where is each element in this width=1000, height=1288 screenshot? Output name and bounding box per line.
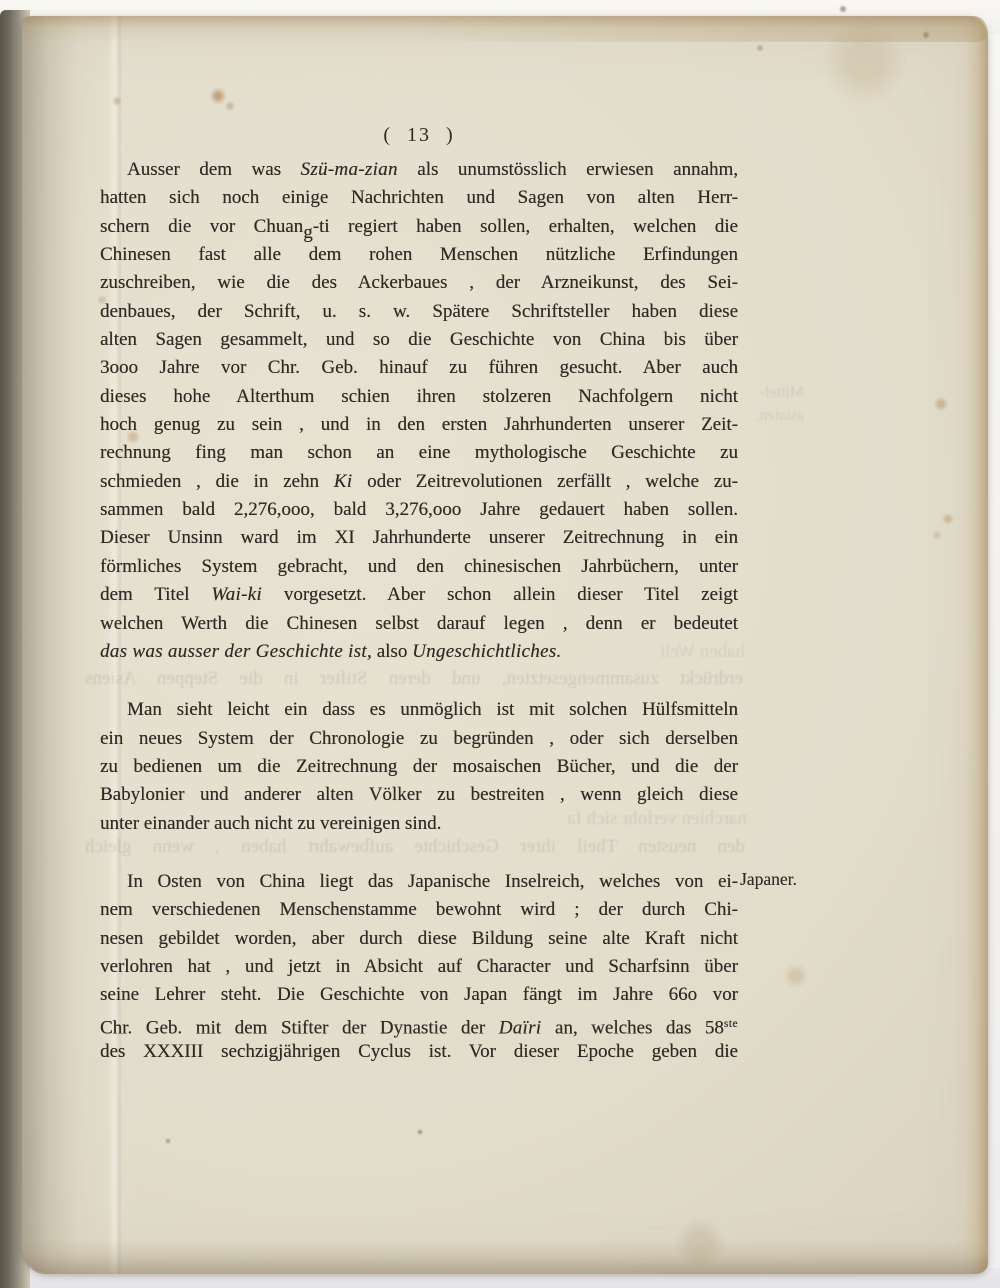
- text-line: Babylonier und anderer alten Völker zu b…: [100, 781, 738, 809]
- page-bottom-shadow: [22, 1240, 988, 1274]
- paragraph: Man sieht leicht ein dass es unmöglich i…: [100, 696, 738, 838]
- text-segment: unter einander auch nicht zu vereinigen …: [100, 813, 441, 834]
- text-segment: Ausser dem was: [127, 159, 301, 180]
- text-segment: des XXXIII sechzigjährigen Cyclus ist. V…: [100, 1041, 738, 1062]
- text-line: nem verschiedenen Menschenstamme bewohnt…: [100, 896, 738, 924]
- book-scan-scene: ( 13 ) Ausser dem was Szü-ma-zian als un…: [0, 0, 1000, 1288]
- text-segment: als unumstösslich erwiesen annahm,: [398, 159, 738, 180]
- text-line: Dieser Unsinn ward im XI Jahrhunderte un…: [100, 524, 738, 552]
- text-segment: nesen gebildet worden, aber durch diese …: [100, 928, 738, 949]
- text-line: nesen gebildet worden, aber durch diese …: [100, 925, 738, 953]
- text-segment: Chr. Geb. mit dem Stifter der Dynastie d…: [100, 1017, 499, 1038]
- text-line: verlohren hat , und jetzt in Absicht auf…: [100, 953, 738, 981]
- text-segment: Dieser Unsinn ward im XI Jahrhunderte un…: [100, 527, 738, 548]
- text-line: 3ooo Jahre vor Chr. Geb. hinauf zu führe…: [100, 354, 738, 382]
- superscript-text: ste: [724, 1018, 738, 1030]
- paragraph: In Osten von China liegt das Japanische …: [100, 868, 738, 1066]
- text-segment: dieses hohe Alterthum schien ihren stolz…: [100, 386, 738, 407]
- text-segment: ein neues System der Chronologie zu begr…: [100, 728, 738, 749]
- text-line: unter einander auch nicht zu vereinigen …: [100, 810, 738, 838]
- text-line: dem Titel Wai-ki vorgesetzt. Aber schon …: [100, 581, 738, 609]
- italic-text: Daïri: [499, 1017, 542, 1038]
- italic-text: Szü-ma-zian: [301, 159, 398, 180]
- text-segment: hoch genug zu sein , und in den ersten J…: [100, 414, 738, 435]
- text-segment: verlohren hat , und jetzt in Absicht auf…: [100, 956, 738, 977]
- page-top-toning: [22, 16, 988, 42]
- text-line: das was ausser der Geschichte ist, also …: [100, 638, 738, 666]
- italic-text: das was ausser der Geschichte ist,: [100, 641, 372, 662]
- text-line: rechnung fing man schon an eine mytholog…: [100, 439, 738, 467]
- text-segment: an, welches das 58: [541, 1017, 723, 1038]
- italic-text: Ungeschichtliches.: [412, 641, 561, 662]
- text-line: förmliches System gebracht, und den chin…: [100, 553, 738, 581]
- text-line: des XXXIII sechzigjährigen Cyclus ist. V…: [100, 1038, 738, 1066]
- text-line: hatten sich noch einige Nachrichten und …: [100, 184, 738, 212]
- text-line: Man sieht leicht ein dass es unmöglich i…: [100, 696, 738, 724]
- text-segment: alten Sagen gesammelt, und so die Geschi…: [100, 329, 738, 350]
- text-line: alten Sagen gesammelt, und so die Geschi…: [100, 326, 738, 354]
- text-line: schmieden , die in zehn Ki oder Zeitrevo…: [100, 468, 738, 496]
- text-segment: schmieden , die in zehn: [100, 471, 334, 492]
- text-line: seine Lehrer steht. Die Geschichte von J…: [100, 981, 738, 1009]
- dropped-glyph: g: [303, 222, 313, 243]
- text-line: sammen bald 2,276,ooo, bald 3,276,ooo Ja…: [100, 496, 738, 524]
- text-line: welchen Werth die Chinesen selbst darauf…: [100, 610, 738, 638]
- text-line: Ausser dem was Szü-ma-zian als unumstöss…: [100, 156, 738, 184]
- paragraph: Ausser dem was Szü-ma-zian als unumstöss…: [100, 156, 738, 666]
- text-segment: also: [372, 641, 412, 662]
- text-segment: zuschreiben, wie die des Ackerbaues , de…: [100, 272, 738, 293]
- body-text: Ausser dem was Szü-ma-zian als unumstöss…: [100, 156, 738, 1066]
- text-segment: Babylonier und anderer alten Völker zu b…: [100, 784, 738, 805]
- text-segment: rechnung fing man schon an eine mytholog…: [100, 442, 738, 463]
- italic-text: Ki: [334, 471, 353, 492]
- text-segment: -ti regiert haben sollen, erhalten, welc…: [313, 216, 738, 237]
- page-number: ( 13 ): [100, 124, 738, 147]
- page-deckle-edge: [952, 16, 988, 1274]
- text-segment: oder Zeitrevolutionen zerfällt , welche …: [352, 471, 738, 492]
- text-line: Chinesen fast alle dem rohen Menschen nü…: [100, 241, 738, 269]
- text-segment: hatten sich noch einige Nachrichten und …: [100, 187, 738, 208]
- text-line: dieses hohe Alterthum schien ihren stolz…: [100, 383, 738, 411]
- text-line: Chr. Geb. mit dem Stifter der Dynastie d…: [100, 1010, 738, 1038]
- text-segment: 3ooo Jahre vor Chr. Geb. hinauf zu führe…: [100, 357, 738, 378]
- text-line: denbaues, der Schrift, u. s. w. Spätere …: [100, 298, 738, 326]
- text-segment: schern die vor Chuan: [100, 216, 303, 237]
- text-line: zu bedienen um die Zeitrechnung der mosa…: [100, 753, 738, 781]
- text-segment: Man sieht leicht ein dass es unmöglich i…: [127, 699, 738, 720]
- text-segment: zu bedienen um die Zeitrechnung der mosa…: [100, 756, 738, 777]
- text-line: ein neues System der Chronologie zu begr…: [100, 725, 738, 753]
- text-line: In Osten von China liegt das Japanische …: [100, 868, 738, 896]
- text-segment: In Osten von China liegt das Japanische …: [127, 871, 738, 892]
- text-segment: nem verschiedenen Menschenstamme bewohnt…: [100, 899, 738, 920]
- text-segment: Chinesen fast alle dem rohen Menschen nü…: [100, 244, 738, 265]
- margin-note: Japaner.: [740, 869, 797, 890]
- text-segment: sammen bald 2,276,ooo, bald 3,276,ooo Ja…: [100, 499, 738, 520]
- text-segment: seine Lehrer steht. Die Geschichte von J…: [100, 984, 738, 1005]
- text-line: schern die vor Chuang-ti regiert haben s…: [100, 213, 738, 241]
- text-segment: welchen Werth die Chinesen selbst darauf…: [100, 613, 738, 634]
- text-segment: dem Titel: [100, 584, 211, 605]
- text-segment: förmliches System gebracht, und den chin…: [100, 556, 738, 577]
- italic-text: Wai-ki: [211, 584, 262, 605]
- text-segment: vorgesetzt. Aber schon allein dieser Tit…: [262, 584, 738, 605]
- text-line: hoch genug zu sein , und in den ersten J…: [100, 411, 738, 439]
- text-line: zuschreiben, wie die des Ackerbaues , de…: [100, 269, 738, 297]
- text-segment: denbaues, der Schrift, u. s. w. Spätere …: [100, 301, 738, 322]
